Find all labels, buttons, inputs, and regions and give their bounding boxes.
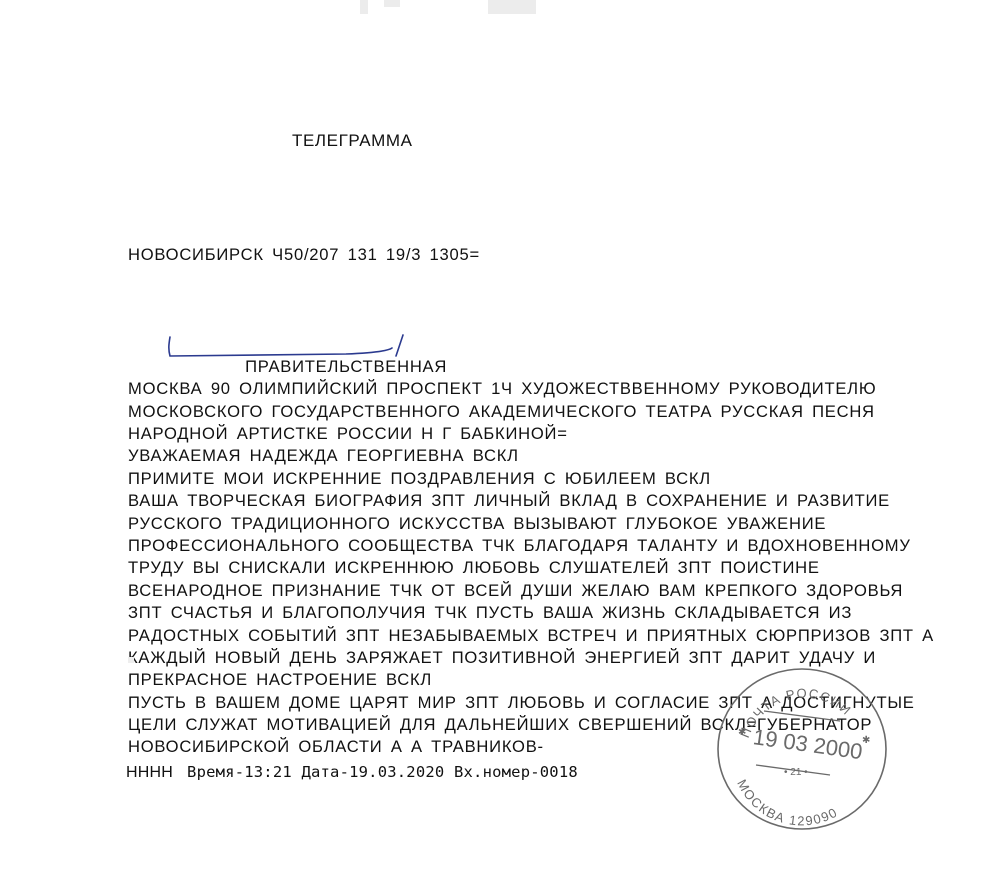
message-line: ПРОФЕССИОНАЛЬНОГО СООБЩЕСТВА ТЧК БЛАГОДА…: [128, 535, 934, 557]
footer-code: НННН: [126, 764, 173, 781]
delivery-footer: ННННВремя-13:21 Дата-19.03.2020 Вх.номер…: [126, 763, 578, 782]
document-title: ТЕЛЕГРАММА: [292, 131, 413, 151]
message-line: РУССКОГО ТРАДИЦИОННОГО ИСКУССТВА ВЫЗЫВАЮ…: [128, 513, 934, 535]
scan-artifacts: [360, 0, 580, 16]
footer-time: Время-13:21: [187, 763, 292, 781]
message-line: УВАЖАЕМАЯ НАДЕЖДА ГЕОРГИЕВНА ВСКЛ: [128, 445, 934, 467]
telegram-page: ТЕЛЕГРАММА НОВОСИБИРСК Ч50/207 131 19/3 …: [0, 0, 1000, 891]
priority-mark: ПРАВИТЕЛЬСТВЕННАЯ: [245, 357, 447, 376]
priority-mark-wrap: ПРАВИТЕЛЬСТВЕННАЯ: [178, 333, 447, 423]
message-line: РАДОСТНЫХ СОБЫТИЙ ЗПТ НЕЗАБЫВАЕМЫХ ВСТРЕ…: [128, 625, 934, 647]
message-line: ВАША ТВОРЧЕСКАЯ БИОГРАФИЯ ЗПТ ЛИЧНЫЙ ВКЛ…: [128, 490, 934, 512]
svg-text:19 03 2000: 19 03 2000: [752, 724, 865, 764]
scan-artifact: [128, 657, 134, 663]
header-line: НОВОСИБИРСК Ч50/207 131 19/3 1305=: [128, 244, 934, 266]
svg-text:МОСКВА 129090: МОСКВА 129090: [734, 777, 840, 829]
footer-date: Дата-19.03.2020: [301, 763, 444, 781]
footer-incoming-number: Вх.номер-0018: [454, 763, 578, 781]
message-line: ВСЕНАРОДНОЕ ПРИЗНАНИЕ ТЧК ОТ ВСЕЙ ДУШИ Ж…: [128, 580, 934, 602]
svg-text:• 21 •: • 21 •: [784, 767, 808, 778]
postmark-icon: ПОЧТА РОССИИ ✱ ✱ 19 03 2000 • 21 • МОСКВ…: [712, 663, 892, 835]
message-line: НАРОДНОЙ АРТИСТКЕ РОССИИ Н Г БАБКИНОЙ=: [128, 423, 934, 445]
postal-stamp: ПОЧТА РОССИИ ✱ ✱ 19 03 2000 • 21 • МОСКВ…: [712, 663, 892, 835]
svg-text:✱: ✱: [738, 727, 746, 738]
message-line: ПРИМИТЕ МОИ ИСКРЕННИЕ ПОЗДРАВЛЕНИЯ С ЮБИ…: [128, 468, 934, 490]
message-line: ТРУДУ ВЫ СНИСКАЛИ ИСКРЕННЮЮ ЛЮБОВЬ СЛУША…: [128, 557, 934, 579]
message-line: ЗПТ СЧАСТЬЯ И БЛАГОПОЛУЧИЯ ТЧК ПУСТЬ ВАШ…: [128, 602, 934, 624]
